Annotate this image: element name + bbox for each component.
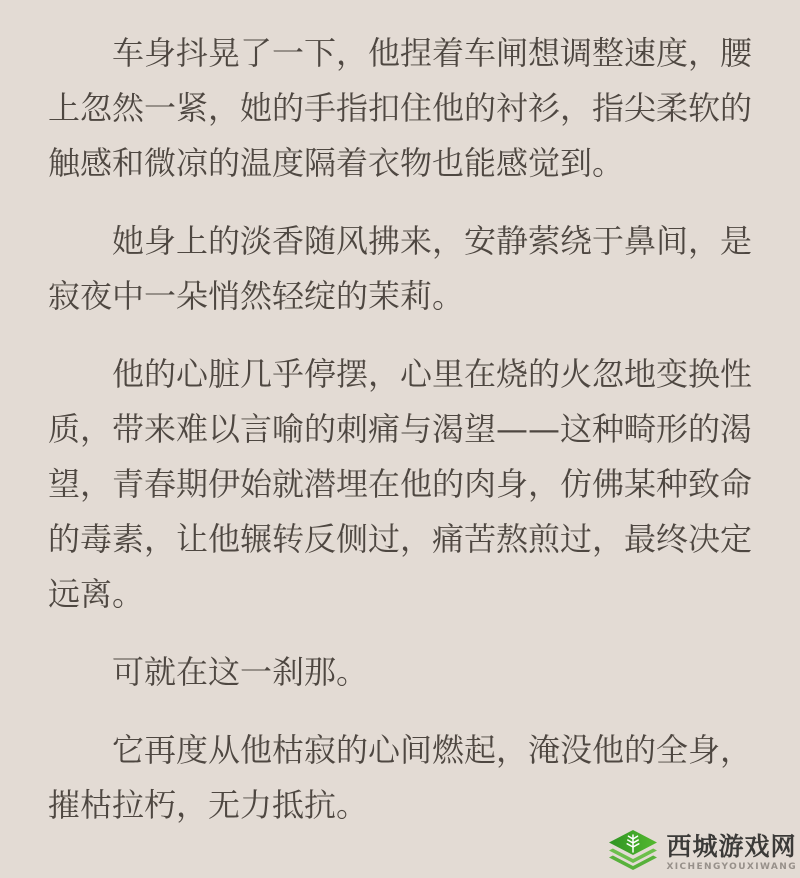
paragraph: 她身上的淡香随风拂来，安静萦绕于鼻间，是寂夜中一朵悄然轻绽的茉莉。 xyxy=(48,214,754,324)
watermark-brand-en: XICHENGYOUXIWANG xyxy=(666,862,797,872)
paragraph: 他的心脏几乎停摆，心里在烧的火忽地变换性质，带来难以言喻的刺痛与渴望——这种畸形… xyxy=(48,347,754,622)
xicheng-logo-icon xyxy=(605,829,661,875)
novel-text-container: 车身抖晃了一下，他捏着车闸想调整速度，腰上忽然一紧，她的手指扣住他的衬衫，指尖柔… xyxy=(0,0,800,833)
watermark-brand: 西城游戏网 xyxy=(666,833,796,861)
paragraph: 可就在这一刹那。 xyxy=(48,645,754,700)
watermark-text-block: 西城游戏网 XICHENGYOUXIWANG xyxy=(666,833,797,872)
novel-page: 车身抖晃了一下，他捏着车闸想调整速度，腰上忽然一紧，她的手指扣住他的衬衫，指尖柔… xyxy=(0,0,800,878)
watermark: 西城游戏网 XICHENGYOUXIWANG xyxy=(605,829,797,875)
paragraph: 它再度从他枯寂的心间燃起，淹没他的全身，摧枯拉朽，无力抵抗。 xyxy=(48,723,754,833)
paragraph: 车身抖晃了一下，他捏着车闸想调整速度，腰上忽然一紧，她的手指扣住他的衬衫，指尖柔… xyxy=(48,26,754,191)
